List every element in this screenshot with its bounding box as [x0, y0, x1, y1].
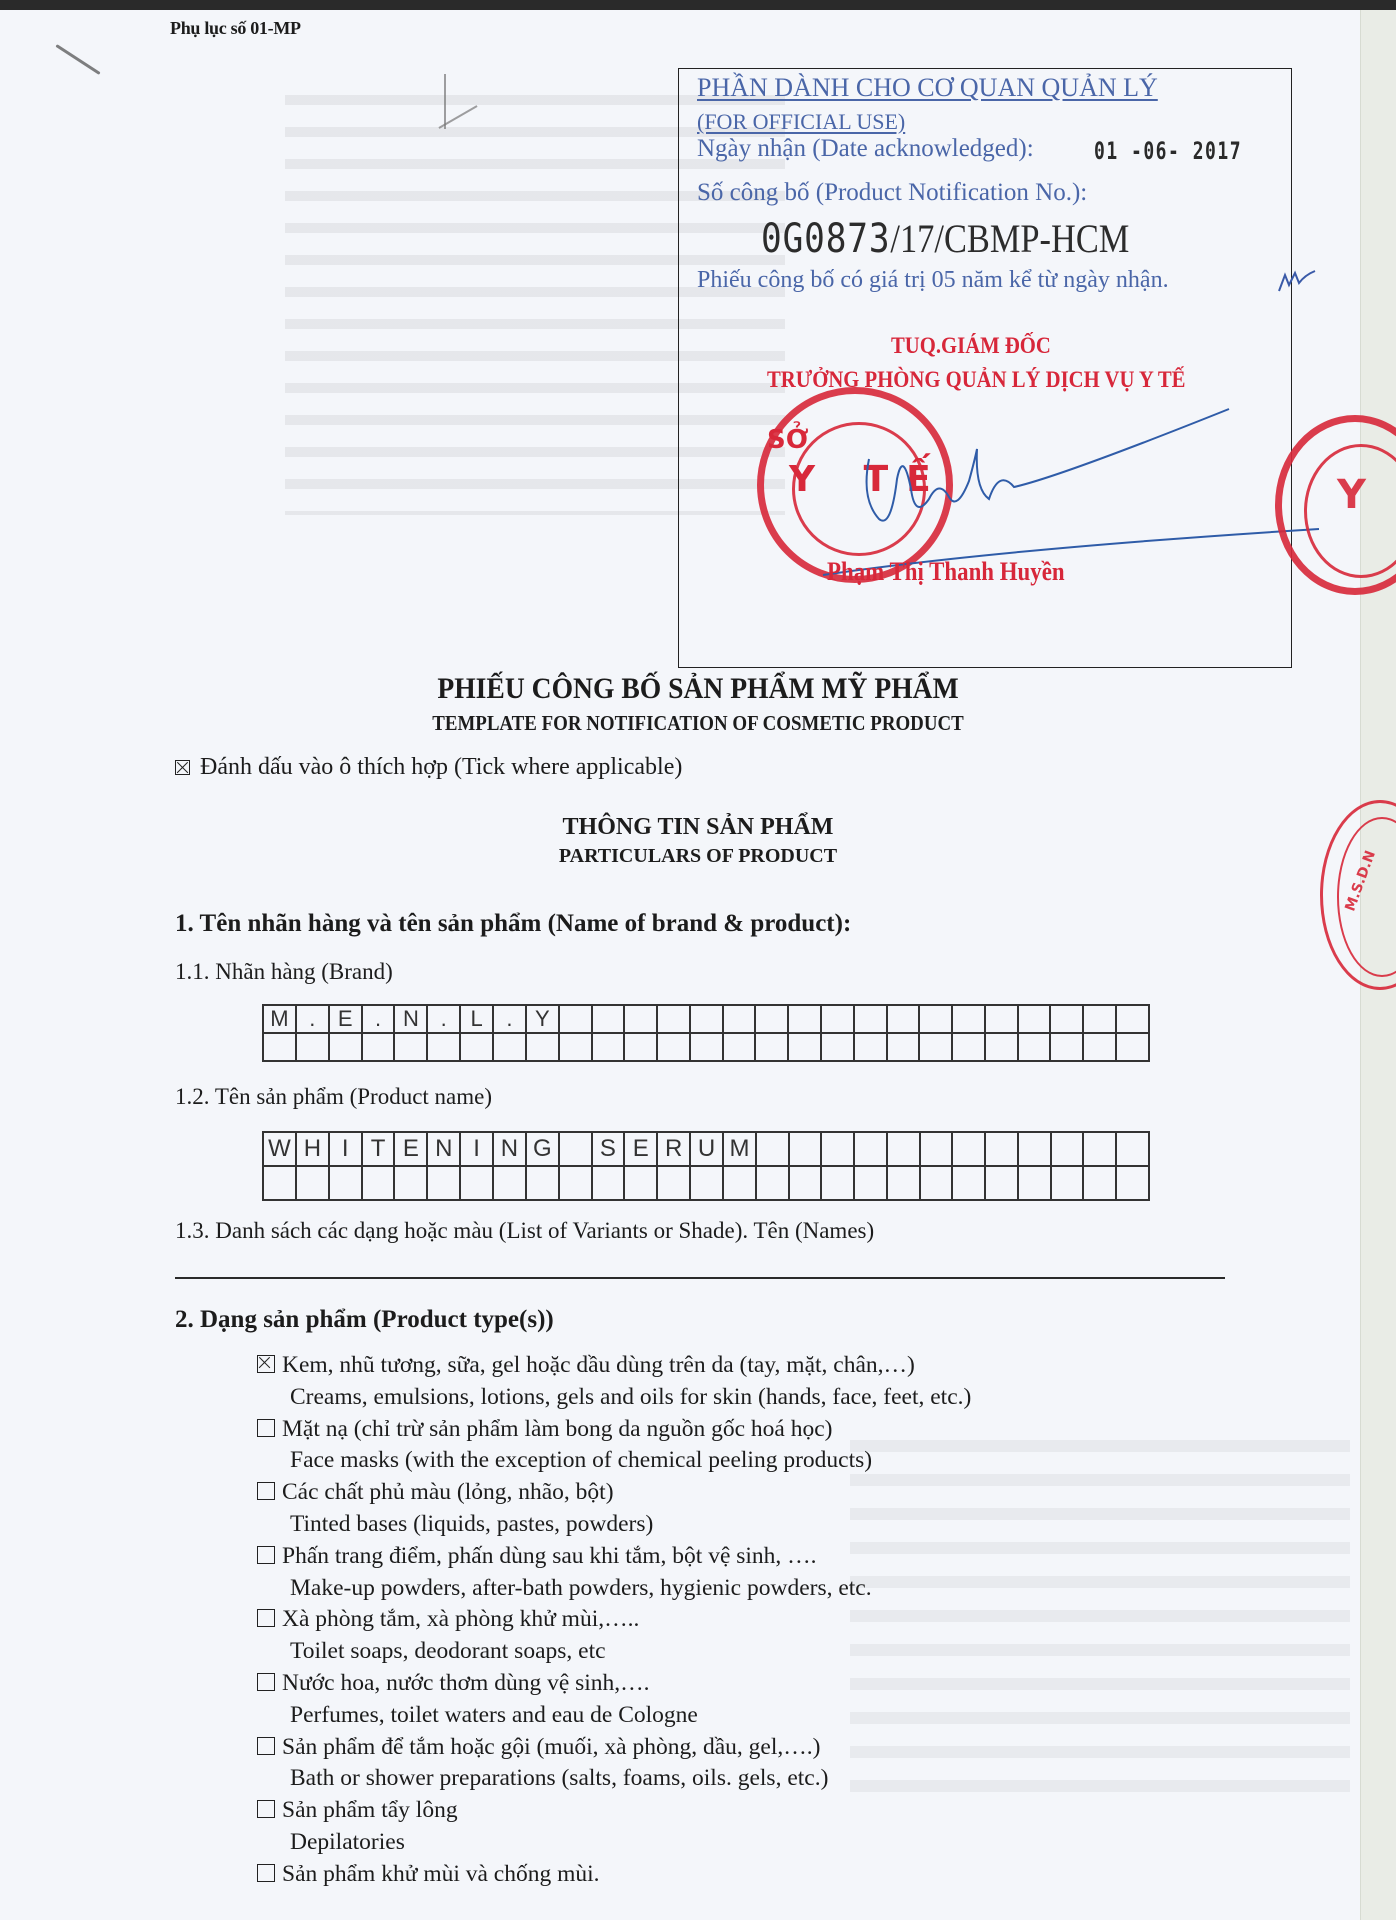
date-acknowledged-value: 01 -06- 2017: [1094, 137, 1242, 165]
official-heading-vi: PHẦN DÀNH CHO CƠ QUAN QUẢN LÝ: [697, 73, 1158, 103]
product-type-vi-text: Sản phẩm để tắm hoặc gội (muối, xà phòng…: [282, 1734, 820, 1760]
grid-cell[interactable]: [329, 1033, 362, 1061]
grid-cell[interactable]: [296, 1033, 329, 1061]
product-name-label: 1.2. Tên sản phẩm (Product name): [175, 1084, 492, 1110]
grid-cell[interactable]: E: [394, 1132, 427, 1166]
grid-cell[interactable]: [296, 1166, 329, 1200]
grid-cell[interactable]: N: [394, 1005, 427, 1033]
grid-cell[interactable]: R: [657, 1132, 690, 1166]
grid-cell[interactable]: [1051, 1132, 1084, 1166]
grid-cell[interactable]: L: [460, 1005, 493, 1033]
signatory-name: Phạm Thị Thanh Huyền: [827, 557, 1065, 587]
section-heading: THÔNG TIN SẢN PHẨM: [0, 814, 1396, 841]
official-heading-en: (FOR OFFICIAL USE): [697, 109, 905, 135]
grid-row: M.E.N.L.Y: [263, 1005, 1149, 1033]
grid-cell[interactable]: [1050, 1033, 1083, 1061]
pencil-mark: [444, 74, 446, 129]
grid-cell[interactable]: [394, 1033, 427, 1061]
grid-cell[interactable]: [493, 1033, 526, 1061]
grid-cell[interactable]: [985, 1166, 1018, 1200]
grid-cell[interactable]: [559, 1132, 592, 1166]
grid-cell[interactable]: [789, 1166, 822, 1200]
grid-cell[interactable]: N: [493, 1132, 526, 1166]
notification-number-stamp: 0G0873: [761, 216, 890, 262]
product-type-vi-text: Kem, nhũ tương, sữa, gel hoặc dầu dùng t…: [282, 1352, 915, 1378]
grid-cell[interactable]: [526, 1033, 559, 1061]
product-type-en: Face masks (with the exception of chemic…: [257, 1445, 971, 1477]
grid-cell[interactable]: [493, 1166, 526, 1200]
product-type-item: Sản phẩm khử mùi và chống mùi.: [257, 1859, 971, 1891]
grid-cell[interactable]: [624, 1033, 657, 1061]
grid-cell[interactable]: U: [690, 1132, 723, 1166]
variants-label: 1.3. Danh sách các dạng hoặc màu (List o…: [175, 1218, 874, 1244]
grid-cell[interactable]: [920, 1166, 953, 1200]
checked-box-icon[interactable]: [257, 1355, 275, 1373]
product-type-list: Kem, nhũ tương, sữa, gel hoặc dầu dùng t…: [257, 1350, 971, 1891]
product-type-en: Toilet soaps, deodorant soaps, etc: [257, 1636, 971, 1668]
grid-cell[interactable]: [723, 1005, 756, 1033]
grid-cell[interactable]: [887, 1033, 920, 1061]
product-type-vi: Phấn trang điểm, phấn dùng sau khi tắm, …: [257, 1541, 971, 1573]
grid-cell[interactable]: [788, 1005, 821, 1033]
grid-cell[interactable]: [920, 1132, 953, 1166]
grid-cell[interactable]: H: [296, 1132, 329, 1166]
grid-cell[interactable]: [821, 1005, 854, 1033]
date-acknowledged-label: Ngày nhận (Date acknowledged):: [697, 135, 1034, 163]
product-type-item: Sản phẩm để tắm hoặc gội (muối, xà phòng…: [257, 1732, 971, 1796]
grid-cell[interactable]: [1116, 1033, 1149, 1061]
grid-cell[interactable]: [1051, 1166, 1084, 1200]
product-type-item: Mặt nạ (chỉ trừ sản phẩm làm bong da ngu…: [257, 1414, 971, 1478]
grid-row: [263, 1033, 1149, 1061]
initials-icon: [1277, 265, 1317, 295]
grid-cell[interactable]: [821, 1033, 854, 1061]
section-heading-en: PARTICULARS OF PRODUCT: [0, 845, 1396, 868]
grid-cell[interactable]: [657, 1033, 690, 1061]
grid-cell[interactable]: [657, 1005, 690, 1033]
product-type-vi: Các chất phủ màu (lỏng, nhão, bột): [257, 1477, 971, 1509]
grid-cell[interactable]: N: [427, 1132, 460, 1166]
grid-cell[interactable]: [755, 1005, 788, 1033]
grid-cell[interactable]: [1050, 1005, 1083, 1033]
grid-cell[interactable]: T: [362, 1132, 395, 1166]
product-type-vi-text: Xà phòng tắm, xà phòng khử mùi,…..: [282, 1606, 639, 1632]
checked-box-icon: [175, 760, 190, 775]
grid-cell[interactable]: [1083, 1005, 1116, 1033]
grid-cell[interactable]: [1083, 1132, 1116, 1166]
notification-number: 0G0873/17/CBMP-HCM: [761, 215, 1129, 262]
grid-cell[interactable]: [690, 1005, 723, 1033]
grid-cell[interactable]: [362, 1033, 395, 1061]
grid-cell[interactable]: .: [362, 1005, 395, 1033]
grid-cell[interactable]: [427, 1033, 460, 1061]
grid-cell[interactable]: I: [329, 1132, 362, 1166]
document-subtitle: TEMPLATE FOR NOTIFICATION OF COSMETIC PR…: [70, 711, 1326, 736]
product-type-item: Xà phòng tắm, xà phòng khử mùi,…..Toilet…: [257, 1604, 971, 1668]
grid-cell[interactable]: [887, 1132, 920, 1166]
product-type-vi-text: Nước hoa, nước thơm dùng vệ sinh,….: [282, 1670, 650, 1696]
grid-cell[interactable]: [887, 1166, 920, 1200]
grid-cell[interactable]: [952, 1033, 985, 1061]
grid-cell[interactable]: [1018, 1166, 1051, 1200]
checkbox-icon[interactable]: [257, 1673, 275, 1691]
product-type-vi: Nước hoa, nước thơm dùng vệ sinh,….: [257, 1668, 971, 1700]
grid-cell[interactable]: [723, 1166, 756, 1200]
product-type-vi: Sản phẩm để tắm hoặc gội (muối, xà phòng…: [257, 1732, 971, 1764]
checkbox-icon[interactable]: [257, 1800, 275, 1818]
product-type-vi: Sản phẩm khử mùi và chống mùi.: [257, 1859, 971, 1891]
grid-cell[interactable]: [624, 1166, 657, 1200]
grid-cell[interactable]: [657, 1166, 690, 1200]
grid-cell[interactable]: [887, 1005, 920, 1033]
checkbox-icon[interactable]: [257, 1419, 275, 1437]
grid-cell[interactable]: E: [624, 1132, 657, 1166]
product-type-item: Nước hoa, nước thơm dùng vệ sinh,….Perfu…: [257, 1668, 971, 1732]
grid-cell[interactable]: [362, 1166, 395, 1200]
grid-cell[interactable]: [690, 1033, 723, 1061]
signatory-title-1: TUQ.GIÁM ĐỐC: [891, 333, 1051, 359]
grid-cell[interactable]: [1018, 1033, 1051, 1061]
grid-cell[interactable]: [789, 1132, 822, 1166]
product-type-en: Make-up powders, after-bath powders, hyg…: [257, 1573, 971, 1605]
grid-cell[interactable]: [788, 1033, 821, 1061]
section-1-title: 1. Tên nhãn hàng và tên sản phẩm (Name o…: [175, 910, 851, 938]
product-type-en: Bath or shower preparations (salts, foam…: [257, 1763, 971, 1795]
product-type-item: Các chất phủ màu (lỏng, nhão, bột)Tinted…: [257, 1477, 971, 1541]
grid-cell[interactable]: [1116, 1005, 1149, 1033]
product-type-vi-text: Các chất phủ màu (lỏng, nhão, bột): [282, 1479, 614, 1505]
grid-cell[interactable]: M: [723, 1132, 756, 1166]
grid-cell[interactable]: [821, 1132, 854, 1166]
product-type-item: Phấn trang điểm, phấn dùng sau khi tắm, …: [257, 1541, 971, 1605]
grid-cell[interactable]: W: [263, 1132, 296, 1166]
grid-row: WHITENING SERUM: [263, 1132, 1149, 1166]
checkbox-icon[interactable]: [257, 1737, 275, 1755]
grid-cell[interactable]: [1116, 1166, 1149, 1200]
grid-cell[interactable]: [592, 1166, 625, 1200]
grid-cell[interactable]: [1018, 1005, 1051, 1033]
product-type-en: Creams, emulsions, lotions, gels and oil…: [257, 1382, 971, 1414]
document-title: PHIẾU CÔNG BỐ SẢN PHẨM MỸ PHẨM: [56, 672, 1340, 706]
product-type-vi: Sản phẩm tẩy lông: [257, 1795, 971, 1827]
product-type-vi-text: Sản phẩm tẩy lông: [282, 1797, 458, 1823]
grid-cell[interactable]: M: [263, 1005, 296, 1033]
grid-cell[interactable]: [854, 1132, 887, 1166]
product-type-vi-text: Phấn trang điểm, phấn dùng sau khi tắm, …: [282, 1543, 817, 1569]
side-seal-letter: Y: [1337, 472, 1366, 518]
grid-cell[interactable]: .: [296, 1005, 329, 1033]
grid-cell[interactable]: [526, 1166, 559, 1200]
checkbox-icon[interactable]: [257, 1546, 275, 1564]
grid-cell[interactable]: [854, 1166, 887, 1200]
grid-cell[interactable]: [723, 1033, 756, 1061]
grid-cell[interactable]: [559, 1166, 592, 1200]
grid-row: [263, 1166, 1149, 1200]
grid-cell[interactable]: [624, 1005, 657, 1033]
grid-cell[interactable]: [559, 1033, 592, 1061]
product-type-vi: Xà phòng tắm, xà phòng khử mùi,…..: [257, 1604, 971, 1636]
product-type-item: Sản phẩm tẩy lôngDepilatories: [257, 1795, 971, 1859]
grid-cell[interactable]: [985, 1033, 1018, 1061]
grid-cell[interactable]: S: [592, 1132, 625, 1166]
annex-label: Phụ lục số 01-MP: [170, 18, 301, 39]
grid-cell[interactable]: [952, 1132, 985, 1166]
official-use-box: PHẦN DÀNH CHO CƠ QUAN QUẢN LÝ (FOR OFFIC…: [678, 68, 1292, 668]
grid-cell[interactable]: [952, 1166, 985, 1200]
grid-cell[interactable]: [263, 1166, 296, 1200]
grid-cell[interactable]: [690, 1166, 723, 1200]
product-type-item: Kem, nhũ tương, sữa, gel hoặc dầu dùng t…: [257, 1350, 971, 1414]
product-type-en: Tinted bases (liquids, pastes, powders): [257, 1509, 971, 1541]
grid-cell[interactable]: [329, 1166, 362, 1200]
product-name-char-grid[interactable]: WHITENING SERUM: [262, 1131, 1150, 1201]
product-type-en: Perfumes, toilet waters and eau de Colog…: [257, 1700, 971, 1732]
notification-number-suffix: /17/CBMP-HCM: [890, 216, 1129, 261]
grid-cell[interactable]: [854, 1033, 887, 1061]
grid-cell[interactable]: [1083, 1166, 1116, 1200]
grid-cell[interactable]: [559, 1005, 592, 1033]
grid-cell[interactable]: [755, 1033, 788, 1061]
grid-cell[interactable]: [263, 1033, 296, 1061]
grid-cell[interactable]: [919, 1005, 952, 1033]
checkbox-icon[interactable]: [257, 1864, 275, 1882]
product-type-vi: Kem, nhũ tương, sữa, gel hoặc dầu dùng t…: [257, 1350, 971, 1382]
grid-cell[interactable]: .: [427, 1005, 460, 1033]
signature-icon: [799, 369, 1319, 589]
grid-cell[interactable]: [821, 1166, 854, 1200]
grid-cell[interactable]: [1083, 1033, 1116, 1061]
product-type-vi-text: Mặt nạ (chỉ trừ sản phẩm làm bong da ngu…: [282, 1416, 832, 1442]
grid-cell[interactable]: [756, 1166, 789, 1200]
grid-cell[interactable]: [427, 1166, 460, 1200]
brand-label: 1.1. Nhãn hàng (Brand): [175, 959, 393, 985]
section-2-title: 2. Dạng sản phẩm (Product type(s)): [175, 1306, 554, 1334]
grid-cell[interactable]: [460, 1166, 493, 1200]
grid-cell[interactable]: I: [460, 1132, 493, 1166]
grid-cell[interactable]: Y: [526, 1005, 559, 1033]
product-type-en: Depilatories: [257, 1827, 971, 1859]
grid-cell[interactable]: [756, 1132, 789, 1166]
tick-instruction: Đánh dấu vào ô thích hợp (Tick where app…: [175, 754, 682, 781]
grid-cell[interactable]: .: [493, 1005, 526, 1033]
checkbox-icon[interactable]: [257, 1609, 275, 1627]
tick-instruction-text: Đánh dấu vào ô thích hợp (Tick where app…: [200, 754, 682, 780]
grid-cell[interactable]: G: [526, 1132, 559, 1166]
notification-number-label: Số công bố (Product Notification No.):: [697, 179, 1087, 207]
pencil-mark: [55, 44, 100, 75]
variants-input-line[interactable]: [175, 1277, 1225, 1279]
grid-cell[interactable]: [985, 1132, 1018, 1166]
grid-cell[interactable]: [460, 1033, 493, 1061]
grid-cell[interactable]: [854, 1005, 887, 1033]
brand-char-grid[interactable]: M.E.N.L.Y: [262, 1004, 1150, 1062]
product-type-vi: Mặt nạ (chỉ trừ sản phẩm làm bong da ngu…: [257, 1414, 971, 1446]
grid-cell[interactable]: [1018, 1132, 1051, 1166]
checkbox-icon[interactable]: [257, 1482, 275, 1500]
grid-cell[interactable]: [394, 1166, 427, 1200]
grid-cell[interactable]: [592, 1033, 625, 1061]
product-type-vi-text: Sản phẩm khử mùi và chống mùi.: [282, 1861, 600, 1887]
grid-cell[interactable]: [1116, 1132, 1149, 1166]
grid-cell[interactable]: [919, 1033, 952, 1061]
grid-cell[interactable]: [592, 1005, 625, 1033]
grid-cell[interactable]: [985, 1005, 1018, 1033]
grid-cell[interactable]: E: [329, 1005, 362, 1033]
scanner-top-edge: [0, 0, 1396, 10]
grid-cell[interactable]: [952, 1005, 985, 1033]
validity-note: Phiếu công bố có giá trị 05 năm kể từ ng…: [697, 267, 1169, 294]
